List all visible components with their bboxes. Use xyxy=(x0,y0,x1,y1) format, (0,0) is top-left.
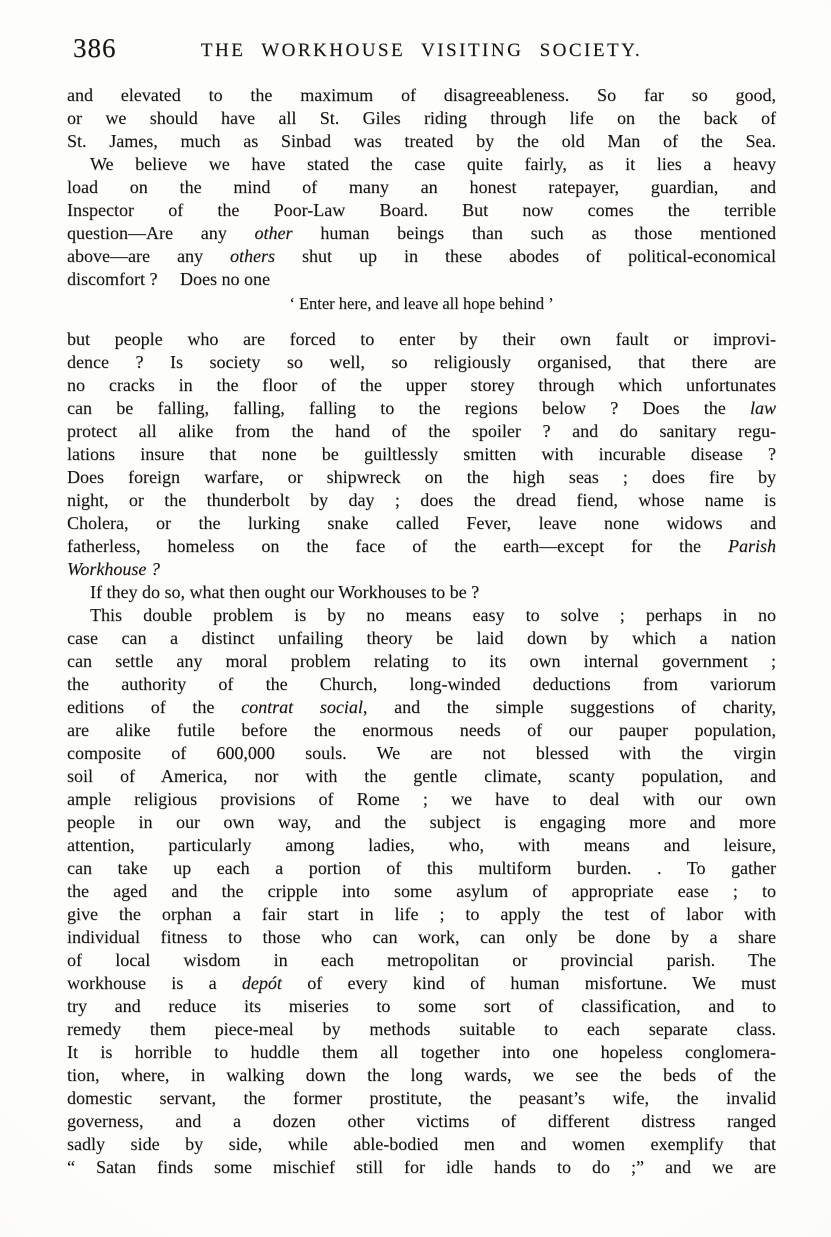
text-line: remedy them piece-meal by methods suitab… xyxy=(67,1018,776,1041)
text-line: night, or the thunderbolt by day ; does … xyxy=(67,489,776,512)
text-line: Does foreign warfare, or shipwreck on th… xyxy=(67,466,776,489)
quote-line: ‘ Enter here, and leave all hope behind … xyxy=(67,293,776,314)
book-page: 386 THE WORKHOUSE VISITING SOCIETY. and … xyxy=(0,0,831,1237)
running-title: THE WORKHOUSE VISITING SOCIETY. xyxy=(67,40,776,62)
text-line: St. James, much as Sinbad was treated by… xyxy=(67,130,776,153)
text-line: discomfort ? Does no one xyxy=(67,268,776,291)
text-line: dence ? Is society so well, so religious… xyxy=(67,351,776,374)
text-line: This double problem is by no means easy … xyxy=(67,604,776,627)
paragraph: We believe we have stated the case quite… xyxy=(67,153,776,291)
text-line: lations insure that none be guiltlessly … xyxy=(67,443,776,466)
text-line: sadly side by side, while able-bodied me… xyxy=(67,1133,776,1156)
text-line: no cracks in the floor of the upper stor… xyxy=(67,374,776,397)
text-line: attention, particularly among ladies, wh… xyxy=(67,834,776,857)
text-line: but people who are forced to enter by th… xyxy=(67,328,776,351)
paragraph: and elevated to the maximum of disagreea… xyxy=(67,84,776,153)
text-line: Inspector of the Poor-Law Board. But now… xyxy=(67,199,776,222)
text-line: fatherless, homeless on the face of the … xyxy=(67,535,776,558)
text-line: question—Are any other human beings than… xyxy=(67,222,776,245)
text-line: protect all alike from the hand of the s… xyxy=(67,420,776,443)
text-line: Cholera, or the lurking snake called Fev… xyxy=(67,512,776,535)
text-line: above—are any others shut up in these ab… xyxy=(67,245,776,268)
text-line: of local wisdom in each metropolitan or … xyxy=(67,949,776,972)
text-line: If they do so, what then ought our Workh… xyxy=(67,581,776,604)
text-line: domestic servant, the former prostitute,… xyxy=(67,1087,776,1110)
page-header: 386 THE WORKHOUSE VISITING SOCIETY. xyxy=(67,33,776,65)
text-line: and elevated to the maximum of disagreea… xyxy=(67,84,776,107)
text-line: can take up each a portion of this multi… xyxy=(67,857,776,880)
text-line: people in our own way, and the subject i… xyxy=(67,811,776,834)
text-line: workhouse is a depót of every kind of hu… xyxy=(67,972,776,995)
text-line: give the orphan a fair start in life ; t… xyxy=(67,903,776,926)
paragraph: If they do so, what then ought our Workh… xyxy=(67,581,776,604)
text-line: try and reduce its miseries to some sort… xyxy=(67,995,776,1018)
text-line: composite of 600,000 souls. We are not b… xyxy=(67,742,776,765)
text-line: ample religious provisions of Rome ; we … xyxy=(67,788,776,811)
text-line: tion, where, in walking down the long wa… xyxy=(67,1064,776,1087)
paragraph: but people who are forced to enter by th… xyxy=(67,328,776,581)
text-line: “ Satan finds some mischief still for id… xyxy=(67,1156,776,1179)
text-line: can be falling, falling, falling to the … xyxy=(67,397,776,420)
text-line: soil of America, nor with the gentle cli… xyxy=(67,765,776,788)
text-column: and elevated to the maximum of disagreea… xyxy=(67,84,776,1179)
text-line: individual fitness to those who can work… xyxy=(67,926,776,949)
text-line: load on the mind of many an honest ratep… xyxy=(67,176,776,199)
text-line: Workhouse ? xyxy=(67,558,776,581)
paragraph: This double problem is by no means easy … xyxy=(67,604,776,1179)
centered-quote: ‘ Enter here, and leave all hope behind … xyxy=(67,293,776,314)
text-line: are alike futile before the enormous nee… xyxy=(67,719,776,742)
text-line: editions of the contrat social, and the … xyxy=(67,696,776,719)
text-line: We believe we have stated the case quite… xyxy=(67,153,776,176)
text-line: the authority of the Church, long-winded… xyxy=(67,673,776,696)
text-line: can settle any moral problem relating to… xyxy=(67,650,776,673)
text-line: case can a distinct unfailing theory be … xyxy=(67,627,776,650)
text-line: It is horrible to huddle them all togeth… xyxy=(67,1041,776,1064)
text-line: or we should have all St. Giles riding t… xyxy=(67,107,776,130)
text-line: governess, and a dozen other victims of … xyxy=(67,1110,776,1133)
text-line: the aged and the cripple into some asylu… xyxy=(67,880,776,903)
